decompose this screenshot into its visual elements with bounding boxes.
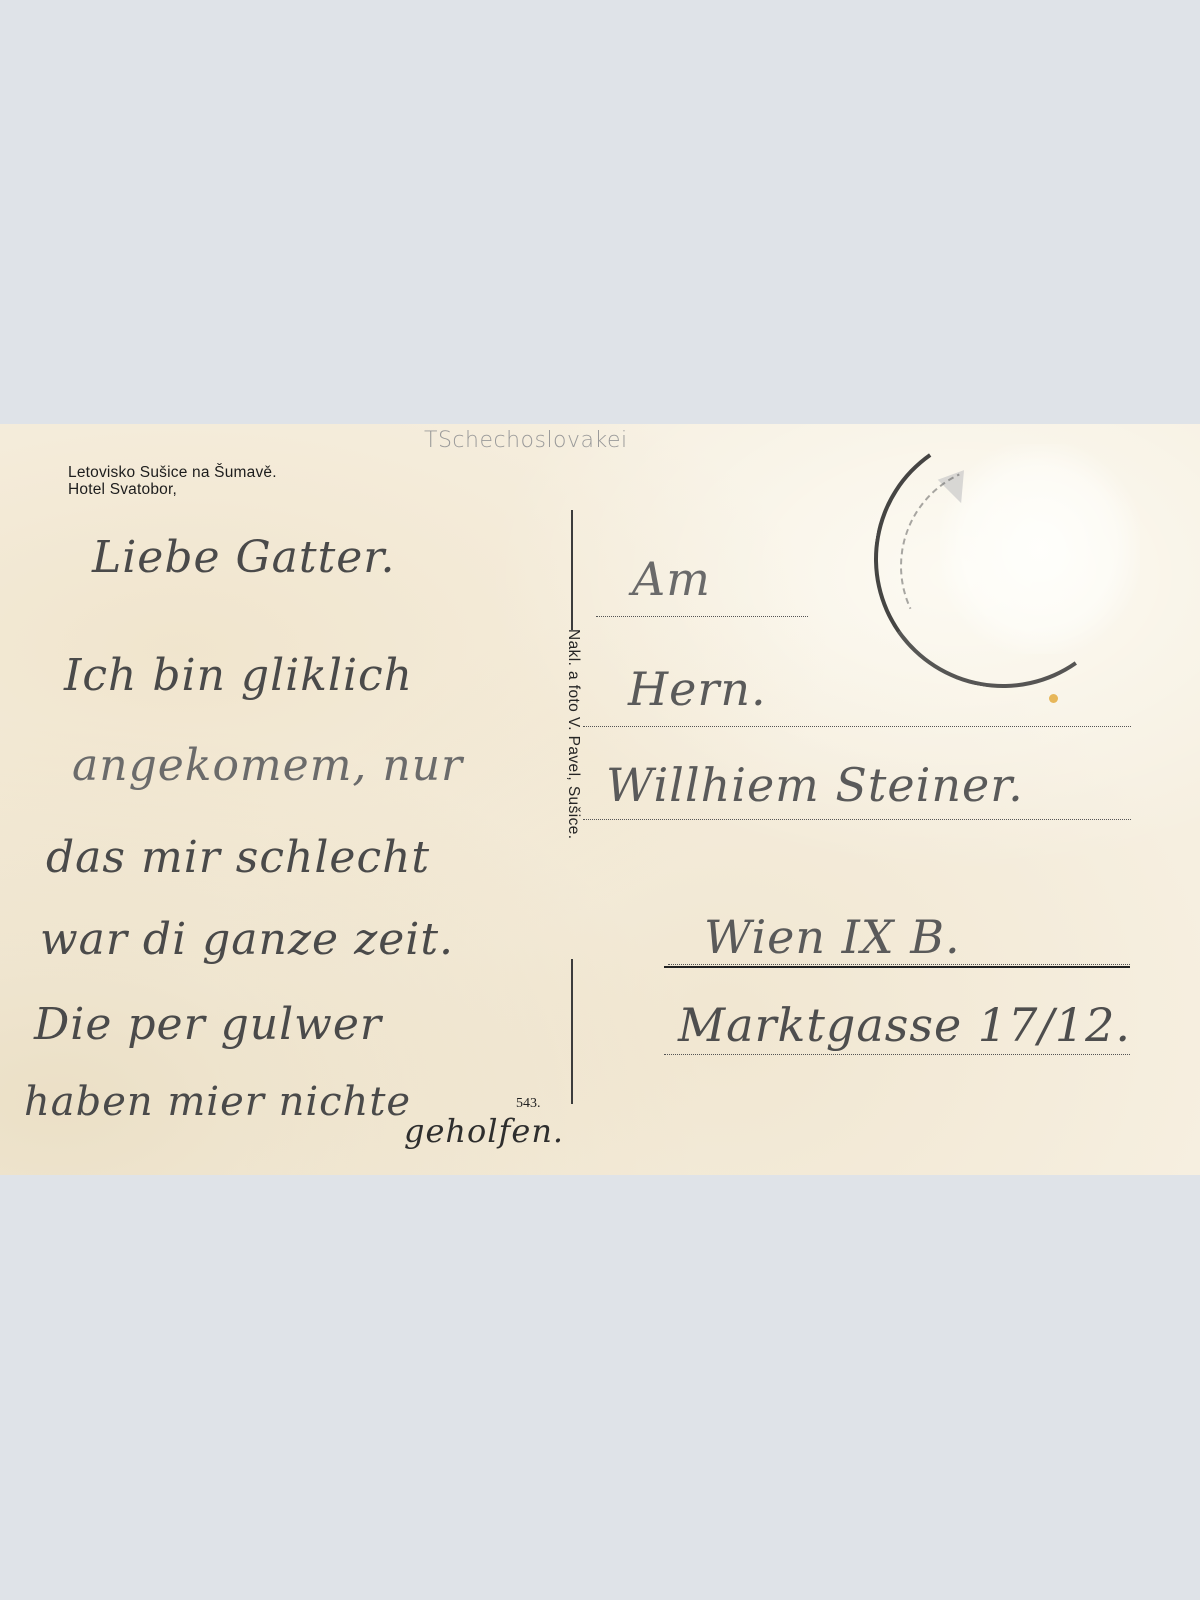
address-underline [664, 966, 1130, 968]
address-line: Willhiem Steiner. [606, 758, 1024, 812]
address-line: Marktgasse 17/12. [678, 998, 1131, 1052]
printed-header: Letovisko Sušice na Šumavě. Hotel Svatob… [68, 464, 277, 498]
center-divider-top [571, 510, 573, 630]
address-dotted-line [668, 964, 1130, 965]
header-location: Letovisko Sušice na Šumavě. [68, 464, 277, 481]
address-line: Am [632, 552, 711, 606]
address-dotted-line [583, 726, 1131, 727]
address-dotted-line [596, 616, 808, 617]
message-line: war di ganze zeit. [40, 914, 454, 965]
message-line: Die per gulwer [34, 999, 382, 1050]
message-line: Ich bin gliklich [64, 650, 413, 701]
message-line: das mir schlecht [46, 832, 430, 883]
message-line: geholfen. [404, 1112, 564, 1150]
header-hotel: Hotel Svatobor, [68, 481, 277, 498]
publisher-imprint: Nakl. a foto V. Pavel, Sušice. [562, 629, 582, 959]
address-line: Wien IX B. [704, 910, 961, 964]
postcard-back: Letovisko Sušice na Šumavě. Hotel Svatob… [0, 424, 1200, 1175]
message-line: Liebe Gatter. [92, 532, 396, 583]
address-dotted-line [583, 819, 1131, 820]
pencil-annotation: TSchechoslovakei [424, 428, 628, 453]
message-line: angekomem, nur [72, 740, 463, 791]
stain-spot [1049, 694, 1058, 703]
address-dotted-line [664, 1054, 1130, 1055]
center-divider-bottom [571, 959, 573, 1104]
message-line: haben mier nichte [24, 1079, 411, 1125]
address-line: Hern. [628, 662, 767, 716]
card-number: 543. [516, 1096, 541, 1112]
